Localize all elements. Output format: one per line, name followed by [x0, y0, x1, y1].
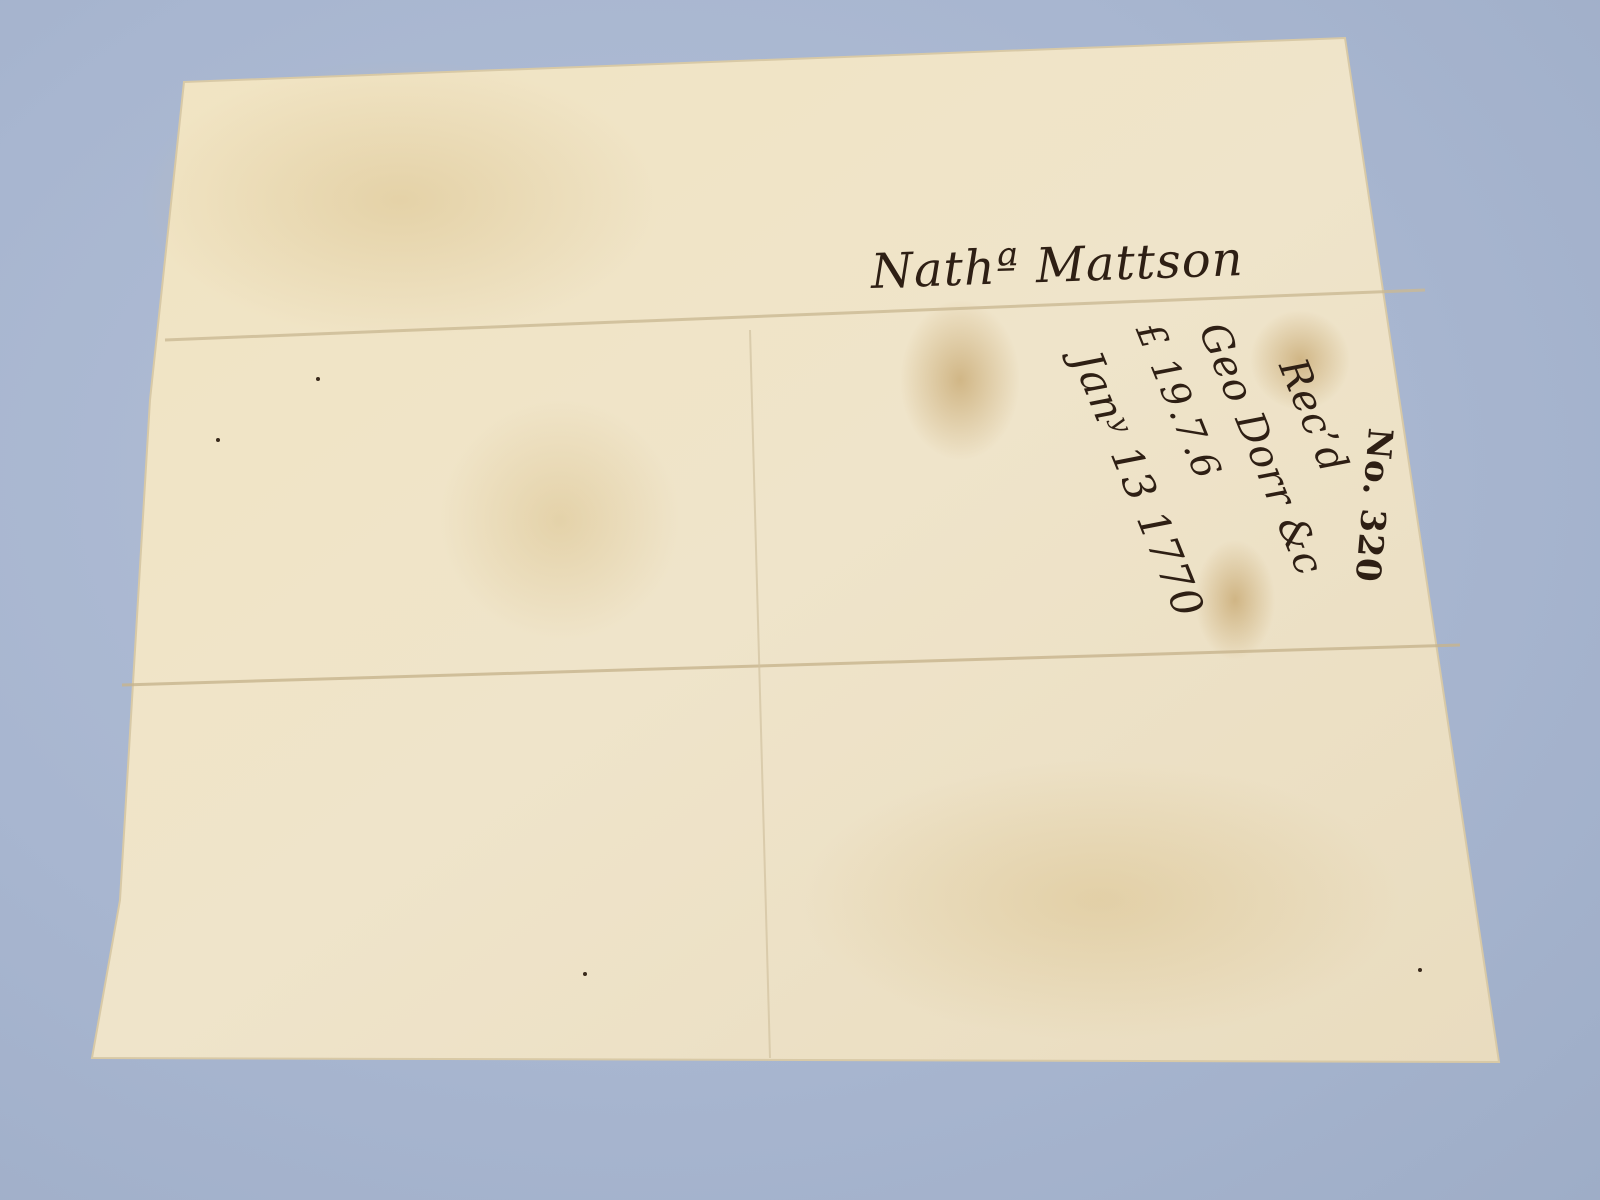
document-sheet [0, 0, 1600, 1200]
